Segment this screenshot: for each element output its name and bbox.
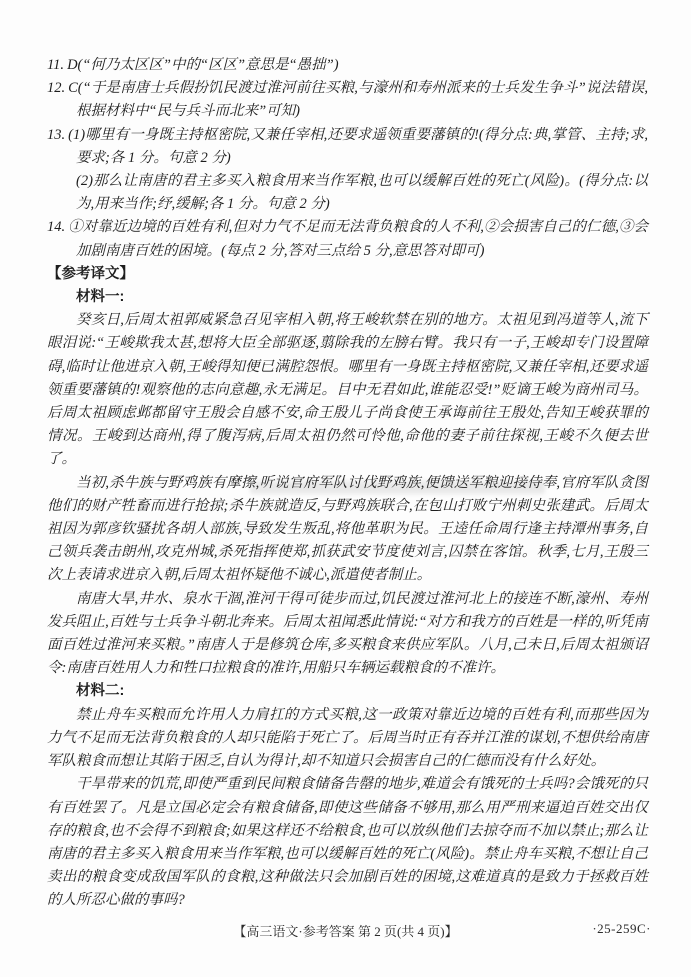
footer-title-page-number: 【高三语文·参考答案 第 2 页(共 4 页)】 [233, 924, 457, 939]
footer-paper-code: ·25-259C· [592, 921, 651, 937]
material-1-paragraph-3: 南唐大旱,井水、泉水干涸,淮河干得可徒步而过,饥民渡过淮河北上的接连不断,濠州、… [47, 588, 648, 681]
answer-text-13-2: (2)那么让南唐的君主多买入粮食用来当作军粮,也可以缓解百姓的死亡(风险)。(得… [76, 173, 648, 212]
material-2-paragraph-2: 干旱带来的饥荒,即使严重到民间粮食储备告罄的地步,难道会有饿死的士兵吗?会饿死的… [47, 773, 648, 912]
answer-item-12: 12.C(“于是南唐士兵假扮饥民渡过淮河前往买粮,与濠州和寿州派来的士兵发生争斗… [47, 77, 648, 123]
answer-item-14: 14.①对靠近边境的百姓有利,但对力气不足而无法背负粮食的人不利,②会损害自己的… [47, 216, 648, 262]
page-footer: 【高三语文·参考答案 第 2 页(共 4 页)】 ·25-259C· [0, 921, 691, 940]
answer-number-12: 12. [47, 80, 65, 96]
answer-text-12: C(“于是南唐士兵假扮饥民渡过淮河前往买粮,与濠州和寿州派来的士兵发生争斗”说法… [68, 80, 648, 119]
answer-number-11: 11. [47, 57, 64, 73]
answer-number-13: 13. [47, 127, 65, 143]
material-2-paragraph-1: 禁止舟车买粮而允许用人力肩扛的方式买粮,这一政策对靠近边境的百姓有利,而那些因为… [47, 704, 648, 774]
answer-13-part-2: (2)那么让南唐的君主多买入粮食用来当作军粮,也可以缓解百姓的死亡(风险)。(得… [47, 170, 648, 216]
material-1-paragraph-1: 癸亥日,后周太祖郭威紧急召见宰相入朝,将王峻软禁在别的地方。太祖见到冯道等人,流… [47, 309, 648, 471]
answer-key-content: 11.D(“何乃太区区”中的“区区”意思是“愚拙”) 12.C(“于是南唐士兵假… [47, 54, 648, 913]
answer-text-13-1: (1)哪里有一身既主持枢密院,又兼任宰相,还要求遥领重要藩镇的!(得分点:典,掌… [68, 127, 648, 166]
answer-number-14: 14. [47, 219, 65, 235]
material-2-title: 材料二: [47, 680, 648, 703]
answer-text-11: D(“何乃太区区”中的“区区”意思是“愚拙”) [67, 57, 339, 73]
answer-text-14: ①对靠近边境的百姓有利,但对力气不足而无法背负粮食的人不利,②会损害自己的仁德,… [68, 219, 648, 258]
reference-translation-header: 【参考译文】 [47, 263, 648, 286]
answer-item-13: 13.(1)哪里有一身既主持枢密院,又兼任宰相,还要求遥领重要藩镇的!(得分点:… [47, 124, 648, 217]
material-1-title: 材料一: [47, 286, 648, 309]
material-1-paragraph-2: 当初,杀牛族与野鸡族有摩擦,听说官府军队讨伐野鸡族,便馈送军粮迎接侍奉,官府军队… [47, 472, 648, 588]
answer-13-part-1: 13.(1)哪里有一身既主持枢密院,又兼任宰相,还要求遥领重要藩镇的!(得分点:… [47, 124, 648, 170]
answer-item-11: 11.D(“何乃太区区”中的“区区”意思是“愚拙”) [47, 54, 648, 77]
